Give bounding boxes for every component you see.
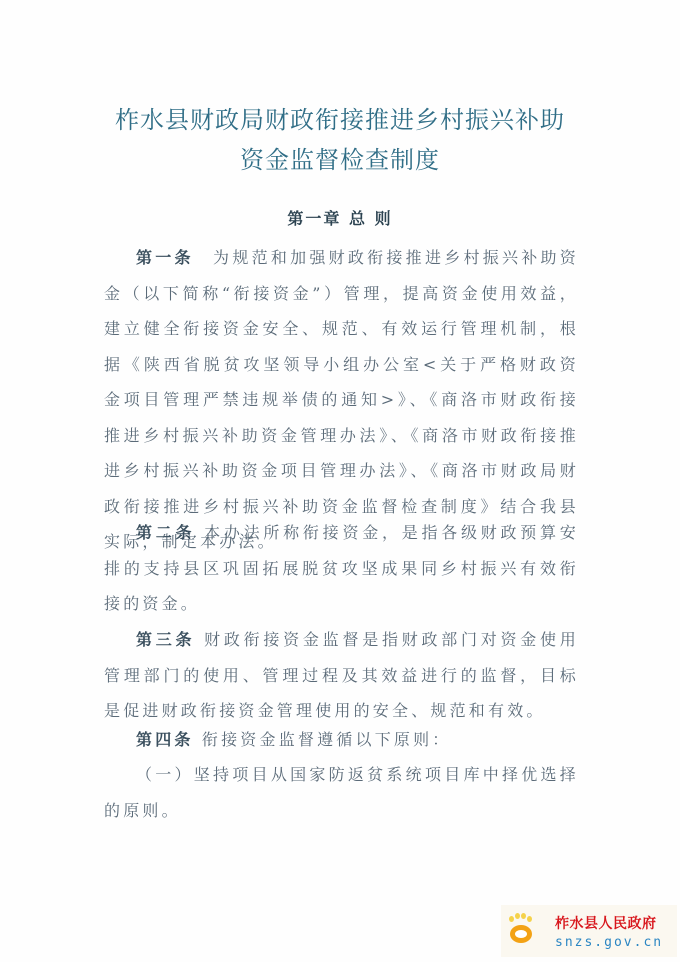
principle-text: （一）坚持项目从国家防返贫系统项目库中择优选择的原则。 (104, 765, 579, 820)
article-4: 第四条 衔接资金监督遵循以下原则： (104, 722, 579, 758)
article-label: 第一条 (136, 248, 194, 267)
article-3: 第三条 财政衔接资金监督是指财政部门对资金使用管理部门的使用、管理过程及其效益进… (104, 622, 579, 729)
article-text: 为规范和加强财政衔接推进乡村振兴补助资金（以下简称“衔接资金”）管理，提高资金使… (104, 248, 579, 551)
article-1: 第一条 为规范和加强财政衔接推进乡村振兴补助资金（以下简称“衔接资金”）管理，提… (104, 240, 579, 560)
article-label: 第二条 (136, 523, 195, 542)
article-text: 衔接资金监督遵循以下原则： (194, 730, 452, 749)
document-title-line2: 资金监督检查制度 (0, 140, 680, 175)
chapter-heading: 第一章 总 则 (0, 206, 680, 229)
article-label: 第四条 (136, 730, 194, 749)
watermark-site-name: 柞水县人民政府 (555, 913, 663, 933)
principle-1: （一）坚持项目从国家防返贫系统项目库中择优选择的原则。 (104, 757, 579, 828)
article-2: 第二条 本办法所称衔接资金，是指各级财政预算安排的支持县区巩固拓展脱贫攻坚成果同… (104, 515, 579, 622)
article-label: 第三条 (136, 630, 195, 649)
footprint-logo-icon (507, 911, 537, 951)
site-watermark: 柞水县人民政府 snzs.gov.cn (501, 905, 677, 957)
watermark-domain: snzs.gov.cn (555, 935, 663, 950)
document-page: 柞水县财政局财政衔接推进乡村振兴补助 资金监督检查制度 第一章 总 则 第一条 … (0, 0, 680, 962)
document-title-line1: 柞水县财政局财政衔接推进乡村振兴补助 (0, 100, 680, 135)
